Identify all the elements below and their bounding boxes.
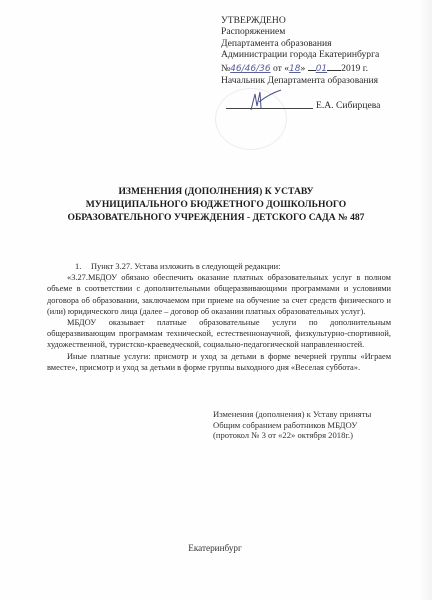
signature-row: Е.А. Сибирцева [221, 88, 426, 114]
item-number: 1. [61, 261, 91, 272]
signature-icon [247, 88, 297, 114]
blank-line [308, 61, 316, 71]
number-prefix: № [221, 63, 230, 74]
adoption-line-1: Изменения (дополнения) к Уставу приняты [213, 409, 413, 420]
approval-number-date: №46/46/36 от «18» 012019 г. [221, 61, 426, 75]
date-mid: » [301, 63, 306, 74]
approval-heading: УТВЕРЖДЕНО [221, 15, 426, 26]
title-line-1: ИЗМЕНЕНИЯ (ДОПОЛНЕНИЯ) К УСТАВУ [40, 185, 392, 198]
title-line-3: ОБРАЗОВАТЕЛЬНОГО УЧРЕЖДЕНИЯ - ДЕТСКОГО С… [40, 211, 392, 224]
approval-position: Начальник Департамента образования [221, 75, 426, 86]
paragraph-1: «3.27.МБДОУ обязано обеспечить оказание … [47, 272, 391, 317]
date-year: 2019 г. [341, 63, 368, 74]
signatory-name: Е.А. Сибирцева [316, 100, 380, 111]
approval-block: УТВЕРЖДЕНО Распоряжением Департамента об… [221, 15, 426, 114]
handwritten-number: 46/46/36 [230, 64, 270, 74]
approval-line-2: Департамента образования [221, 38, 426, 49]
handwritten-day: 18 [289, 64, 300, 74]
title-line-2: МУНИЦИПАЛЬНОГО БЮДЖЕТНОГО ДОШКОЛЬНОГО [40, 198, 392, 211]
document-body: 1.Пункт 3.27. Устава изложить в следующе… [47, 261, 391, 373]
item-text: Пункт 3.27. Устава изложить в следующей … [91, 262, 280, 271]
footer-city: Екатеринбург [0, 543, 432, 553]
city-name: Екатеринбург [188, 543, 242, 553]
document-page: УТВЕРЖДЕНО Распоряжением Департамента об… [0, 0, 432, 600]
approval-line-1: Распоряжением [221, 26, 426, 37]
adoption-line-2: Общим собранием работников МБДОУ [213, 420, 413, 431]
adoption-note: Изменения (дополнения) к Уставу приняты … [213, 409, 413, 441]
approval-line-3: Администрации города Екатеринбурга [221, 49, 426, 60]
document-title: ИЗМЕНЕНИЯ (ДОПОЛНЕНИЯ) К УСТАВУ МУНИЦИПА… [40, 185, 392, 224]
paragraph-3: Иные платные услуги: присмотр и уход за … [47, 351, 391, 373]
blank-line [327, 61, 341, 71]
handwritten-month: 01 [316, 64, 327, 74]
item-1: 1.Пункт 3.27. Устава изложить в следующе… [47, 261, 391, 272]
paragraph-2: МБДОУ оказывает платные образовательные … [47, 317, 391, 351]
adoption-line-3: (протокол № 3 от «22» октября 2018г.) [213, 430, 413, 441]
date-prefix: от « [273, 63, 289, 74]
